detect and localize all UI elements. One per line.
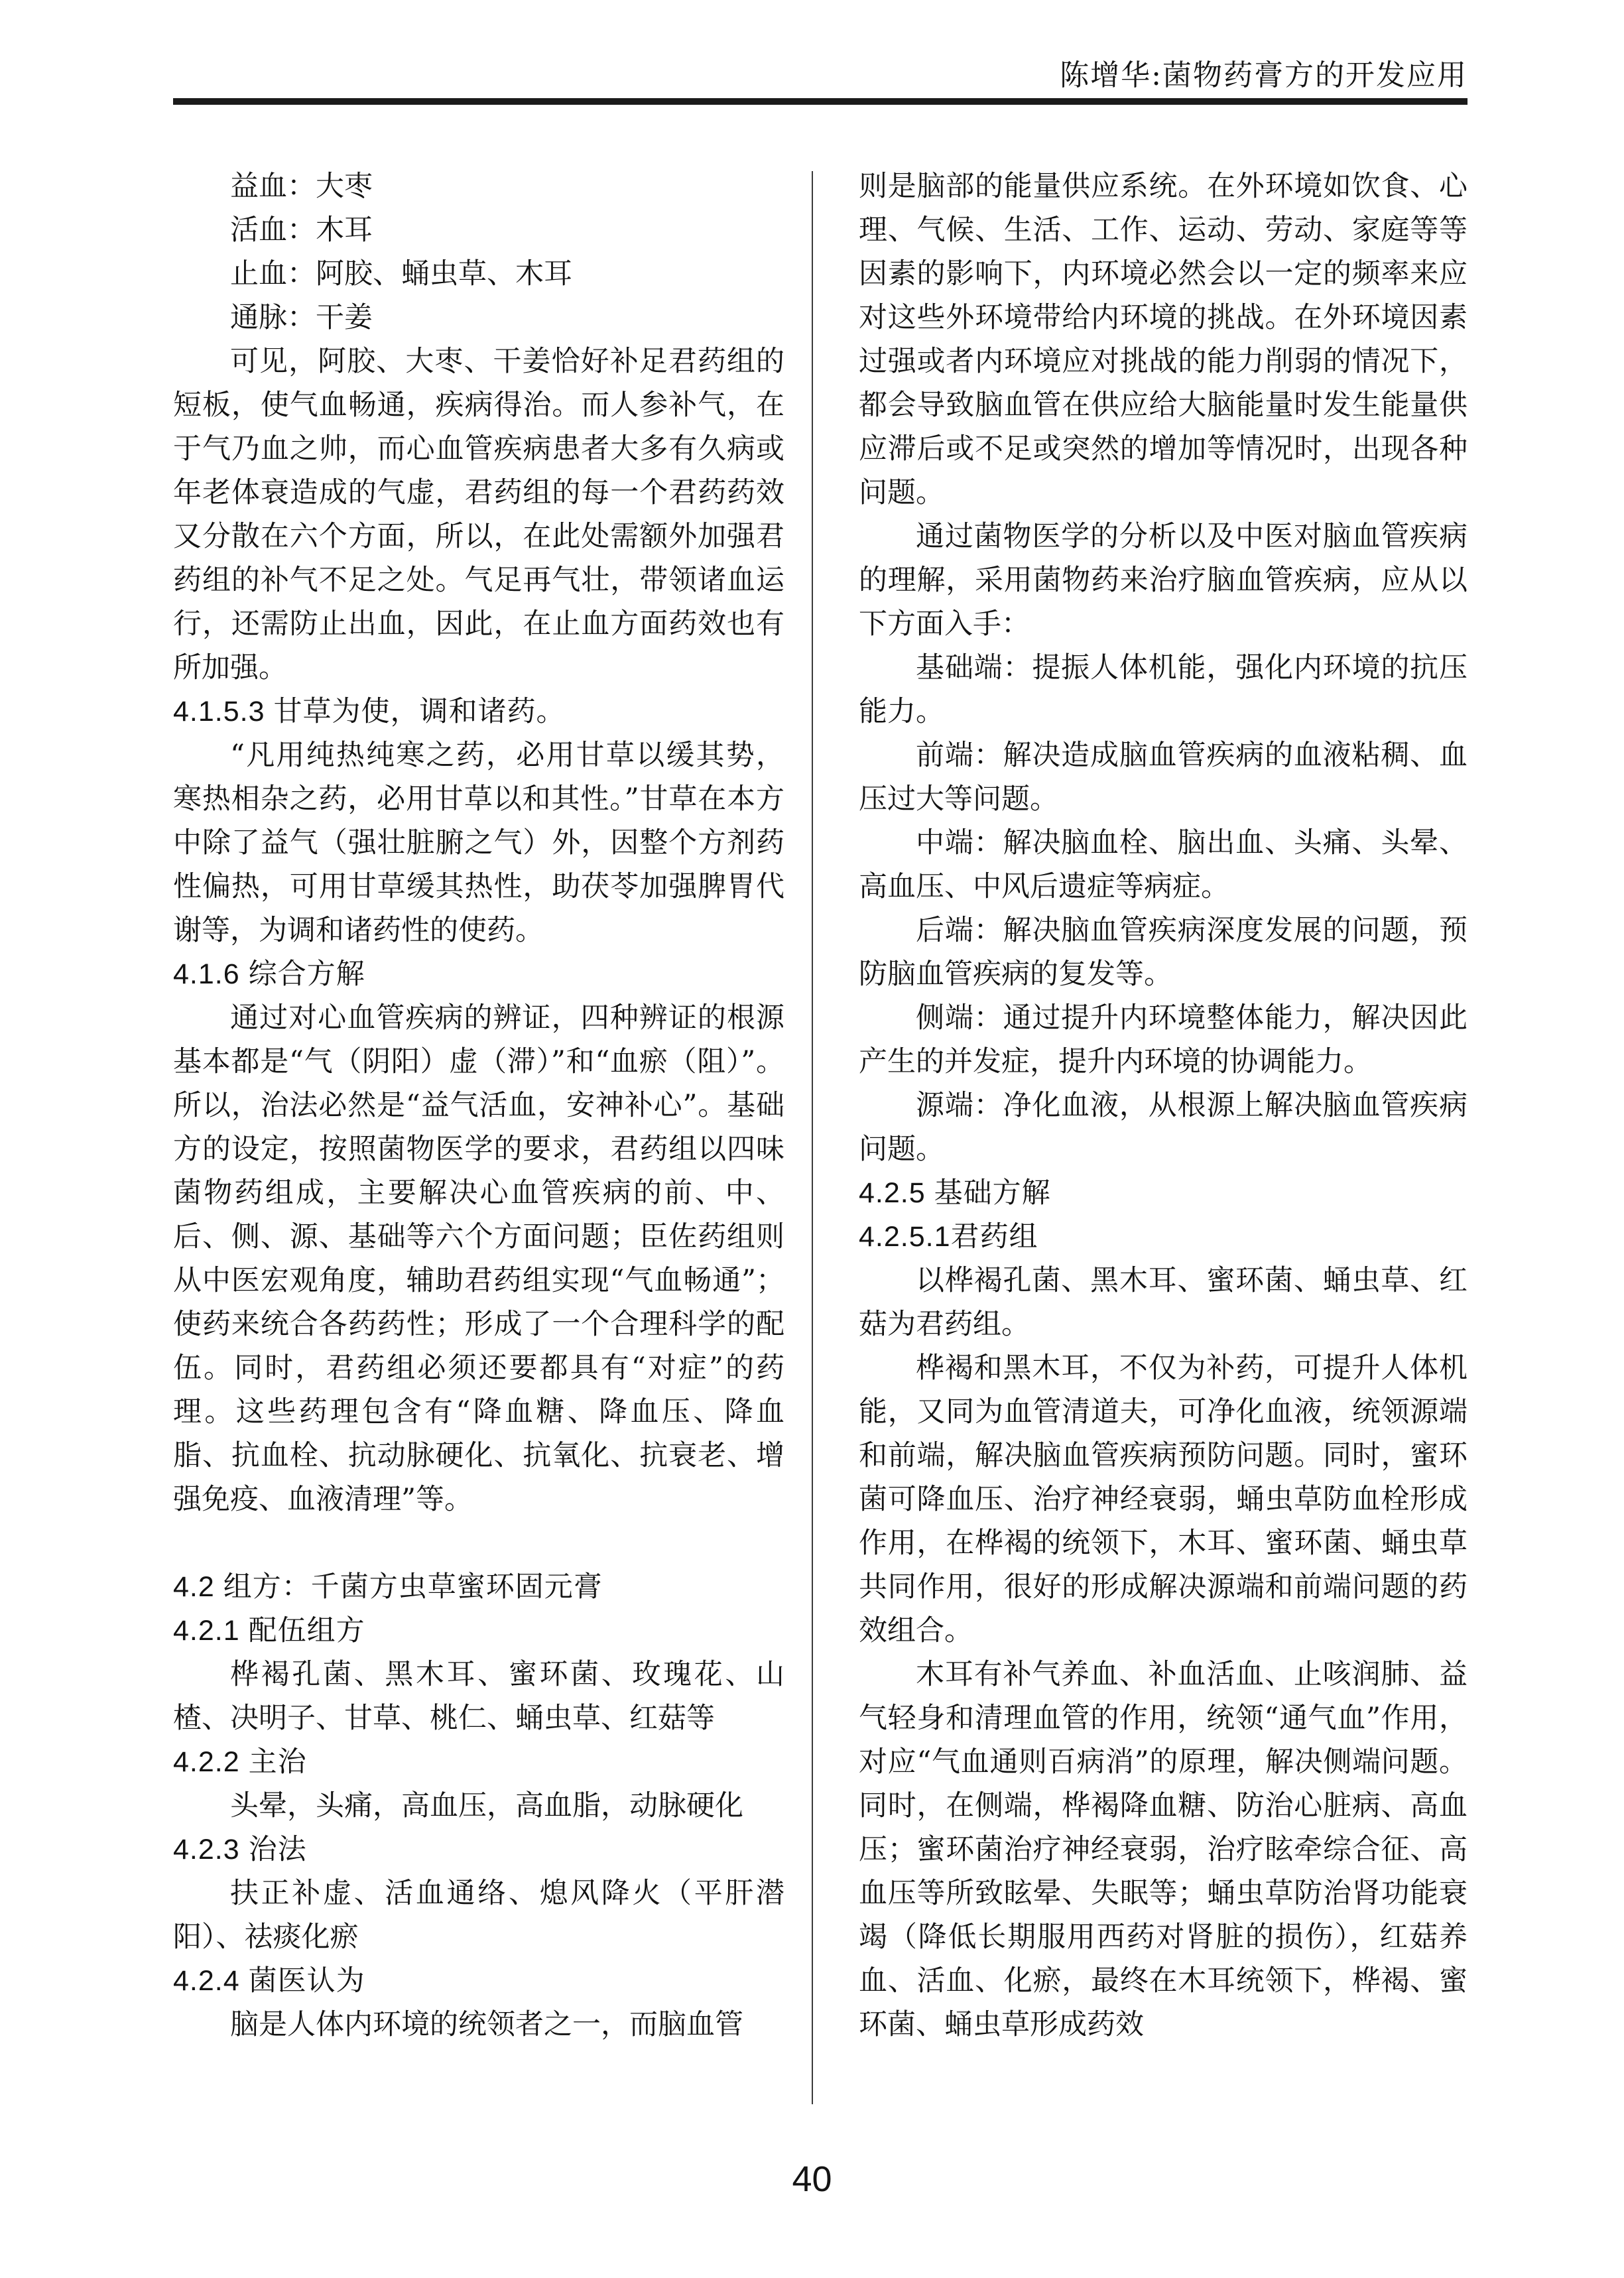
left-column: 益血：大枣活血：木耳止血：阿胶、蛹虫草、木耳通脉：干姜可见，阿胶、大枣、干姜恰好… [173, 164, 784, 2047]
paragraph: 侧端：通过提升内环境整体能力，解决因此产生的并发症，提升内环境的协调能力。 [859, 996, 1468, 1084]
section-heading: 4.1.6 综合方解 [173, 952, 784, 996]
paragraph: 以桦褐孔菌、黑木耳、蜜环菌、蛹虫草、红菇为君药组。 [859, 1259, 1468, 1346]
paragraph: 通过对心血管疾病的辨证，四种辨证的根源基本都是“气（阴阳）虚（滞）”和“血瘀（阻… [173, 996, 784, 1521]
page-number: 40 [0, 2159, 1624, 2199]
paragraph: 前端：解决造成脑血管疾病的血液粘稠、血压过大等问题。 [859, 733, 1468, 821]
paragraph: 木耳有补气养血、补血活血、止咳润肺、益气轻身和清理血管的作用，统领“通气血”作用… [859, 1653, 1468, 2047]
paragraph: “凡用纯热纯寒之药，必用甘草以缓其势，寒热相杂之药，必用甘草以和其性。”甘草在本… [173, 733, 784, 952]
paragraph: 脑是人体内环境的统领者之一，而脑血管 [173, 2003, 784, 2047]
paragraph: 基础端：提振人体机能，强化内环境的抗压能力。 [859, 646, 1468, 733]
paragraph: 源端：净化血液，从根源上解决脑血管疾病问题。 [859, 1084, 1468, 1171]
paragraph: 止血：阿胶、蛹虫草、木耳 [173, 252, 784, 296]
section-heading: 4.1.5.3 甘草为使，调和诸药。 [173, 690, 784, 733]
paragraph: 益血：大枣 [173, 164, 784, 208]
section-heading: 4.2.3 治法 [173, 1828, 784, 1871]
paragraph: 桦褐和黑木耳，不仅为补药，可提升人体机能，又同为血管清道夫，可净化血液，统领源端… [859, 1346, 1468, 1653]
paragraph: 通脉：干姜 [173, 296, 784, 340]
paragraph: 通过菌物医学的分析以及中医对脑血管疾病的理解，采用菌物药来治疗脑血管疾病，应从以… [859, 515, 1468, 646]
section-heading: 4.2.5 基础方解 [859, 1171, 1468, 1215]
paragraph: 头晕，头痛，高血压，高血脂，动脉硬化 [173, 1784, 784, 1828]
header-rule [173, 98, 1468, 105]
section-heading: 4.2.5.1君药组 [859, 1215, 1468, 1259]
paragraph: 可见，阿胶、大枣、干姜恰好补足君药组的短板，使气血畅通，疾病得治。而人参补气，在… [173, 340, 784, 690]
paragraph: 则是脑部的能量供应系统。在外环境如饮食、心理、气候、生活、工作、运动、劳动、家庭… [859, 164, 1468, 515]
document-page: 陈增华:菌物药膏方的开发应用 益血：大枣活血：木耳止血：阿胶、蛹虫草、木耳通脉：… [0, 0, 1624, 2278]
paragraph: 扶正补虚、活血通络、熄风降火（平肝潜阳）、祛痰化瘀 [173, 1871, 784, 1959]
paragraph: 活血：木耳 [173, 208, 784, 252]
section-heading: 4.2 组方：千菌方虫草蜜环固元膏 [173, 1565, 784, 1609]
section-heading: 4.2.2 主治 [173, 1740, 784, 1784]
paragraph: 桦褐孔菌、黑木耳、蜜环菌、玫瑰花、山楂、决明子、甘草、桃仁、蛹虫草、红菇等 [173, 1653, 784, 1740]
right-column: 则是脑部的能量供应系统。在外环境如饮食、心理、气候、生活、工作、运动、劳动、家庭… [859, 164, 1468, 2047]
column-divider [812, 171, 813, 2104]
running-header-title: 陈增华:菌物药膏方的开发应用 [173, 58, 1468, 93]
paragraph: 后端：解决脑血管疾病深度发展的问题，预防脑血管疾病的复发等。 [859, 909, 1468, 996]
section-heading: 4.2.1 配伍组方 [173, 1609, 784, 1653]
paragraph: 中端：解决脑血栓、脑出血、头痛、头晕、高血压、中风后遗症等病症。 [859, 821, 1468, 909]
section-heading: 4.2.4 菌医认为 [173, 1959, 784, 2003]
